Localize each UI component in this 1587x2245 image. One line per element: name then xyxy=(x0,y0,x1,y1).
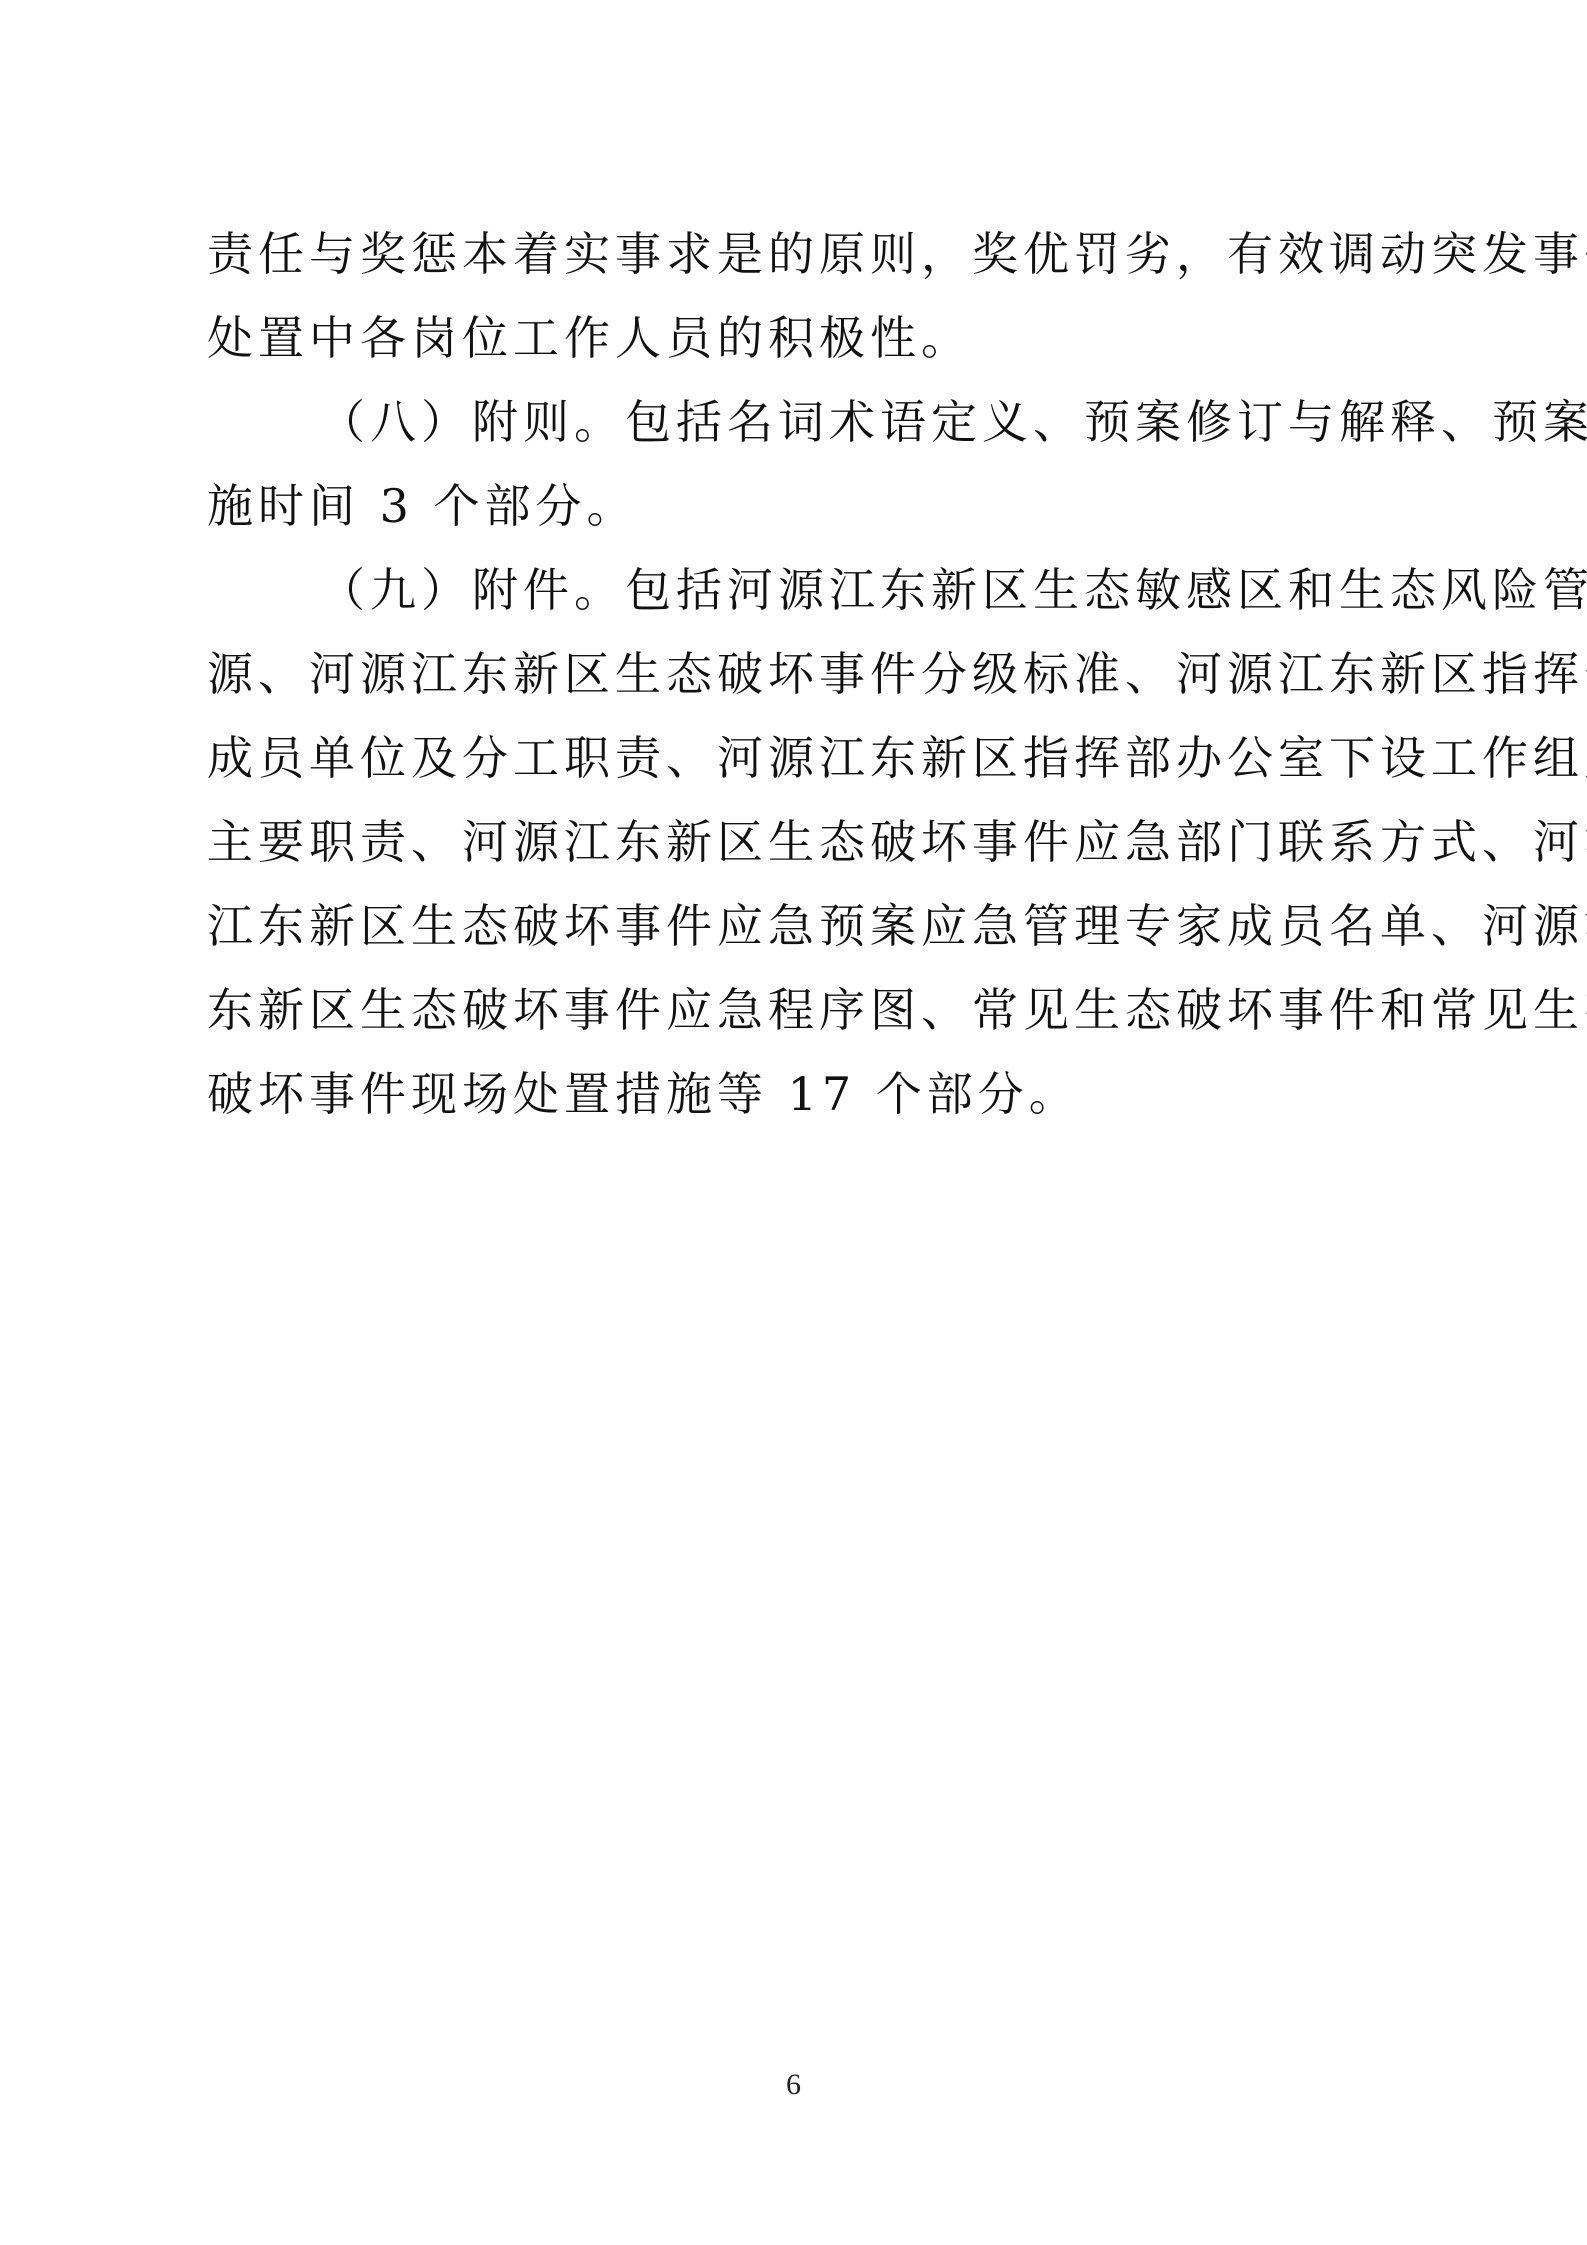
text-line: 处置中各岗位工作人员的积极性。 xyxy=(207,296,1392,380)
page-number: 6 xyxy=(0,2068,1587,2102)
text-line: 破坏事件现场处置措施等 17 个部分。 xyxy=(207,1052,1392,1136)
document-body: 责任与奖惩本着实事求是的原则，奖优罚劣，有效调动突发事件 处置中各岗位工作人员的… xyxy=(207,212,1392,1136)
text-line: 责任与奖惩本着实事求是的原则，奖优罚劣，有效调动突发事件 xyxy=(207,212,1392,296)
paragraph-section-8-supplementary: （八）附则。包括名词术语定义、预案修订与解释、预案实 施时间 3 个部分。 xyxy=(207,380,1392,548)
paragraph-section-9-attachments: （九）附件。包括河源江东新区生态敏感区和生态风险管控 源、河源江东新区生态破坏事… xyxy=(207,548,1392,1136)
text-line: 成员单位及分工职责、河源江东新区指挥部办公室下设工作组及 xyxy=(207,716,1392,800)
text-line: 江东新区生态破坏事件应急预案应急管理专家成员名单、河源江 xyxy=(207,884,1392,968)
document-page: 责任与奖惩本着实事求是的原则，奖优罚劣，有效调动突发事件 处置中各岗位工作人员的… xyxy=(0,0,1587,2245)
text-line: 施时间 3 个部分。 xyxy=(207,464,1392,548)
text-line: 源、河源江东新区生态破坏事件分级标准、河源江东新区指挥部 xyxy=(207,632,1392,716)
paragraph-responsibility: 责任与奖惩本着实事求是的原则，奖优罚劣，有效调动突发事件 处置中各岗位工作人员的… xyxy=(207,212,1392,380)
text-line: 主要职责、河源江东新区生态破坏事件应急部门联系方式、河源 xyxy=(207,800,1392,884)
text-line: 东新区生态破坏事件应急程序图、常见生态破坏事件和常见生态 xyxy=(207,968,1392,1052)
text-line: （九）附件。包括河源江东新区生态敏感区和生态风险管控 xyxy=(207,548,1392,632)
text-line: （八）附则。包括名词术语定义、预案修订与解释、预案实 xyxy=(207,380,1392,464)
